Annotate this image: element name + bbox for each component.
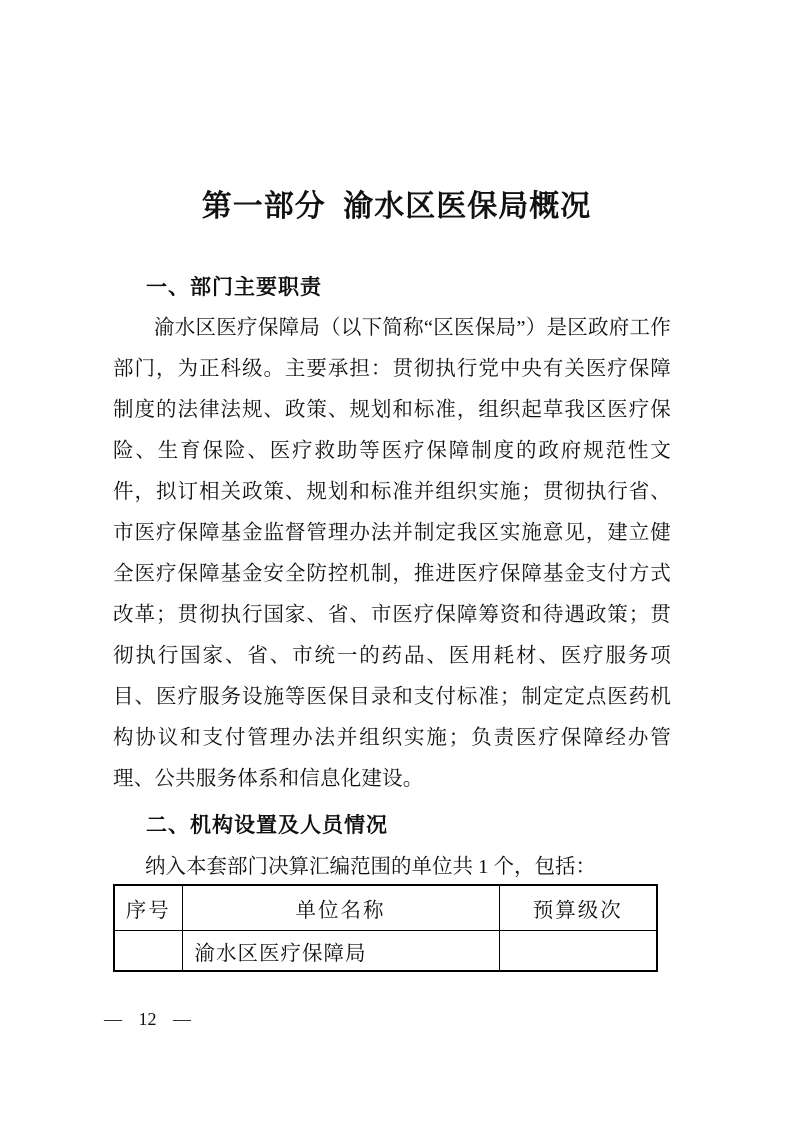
table-header-unit-name: 单位名称 — [182, 885, 499, 931]
table-row: 渝水区医疗保障局 — [114, 931, 657, 972]
document-page: 第一部分 渝水区医保局概况 一、部门主要职责 渝水区医疗保障局（以下简称“区医保… — [0, 0, 793, 1122]
units-table: 序号 单位名称 预算级次 渝水区医疗保障局 — [113, 884, 658, 972]
units-intro-line: 纳入本套部门决算汇编范围的单位共 1 个，包括： — [145, 849, 596, 879]
cell-serial-number — [114, 931, 182, 972]
table-header-budget-level: 预算级次 — [499, 885, 657, 931]
section-heading-organization: 二、机构设置及人员情况 — [146, 809, 388, 839]
duties-paragraph: 渝水区医疗保障局（以下简称“区医保局”）是区政府工作部门，为正科级。主要承担：贯… — [113, 308, 671, 800]
cell-budget-level — [499, 931, 657, 972]
table-header-row: 序号 单位名称 预算级次 — [114, 885, 657, 931]
table-header-serial-number: 序号 — [114, 885, 182, 931]
document-title: 第一部分 渝水区医保局概况 — [0, 181, 793, 225]
page-number: — 12 — — [104, 1009, 191, 1030]
section-heading-duties: 一、部门主要职责 — [146, 271, 322, 301]
cell-unit-name: 渝水区医疗保障局 — [182, 931, 499, 972]
